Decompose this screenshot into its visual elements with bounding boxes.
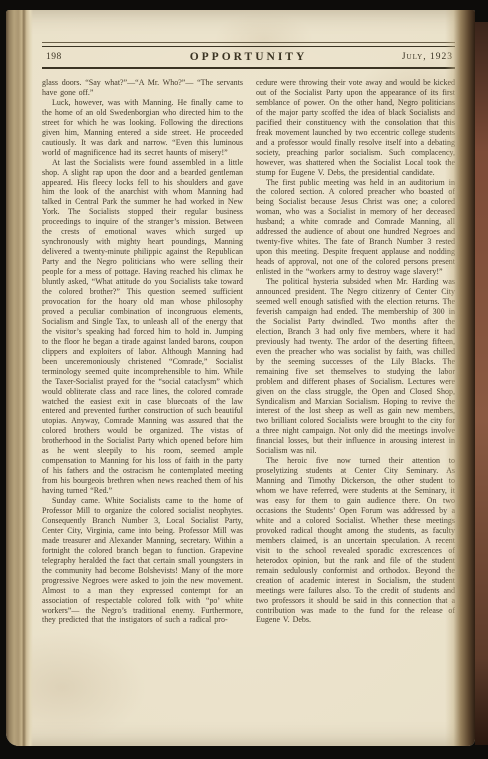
paragraph: Luck, however, was with Manning. He fina…: [42, 98, 243, 158]
article-body: glass doors. “Say what?”—“A Mr. Who?”— “…: [42, 78, 455, 730]
header-thick-rule: [42, 67, 455, 69]
header-row: 198 OPPORTUNITY July, 1923: [42, 50, 455, 65]
header-double-rule: [42, 42, 455, 47]
paragraph: glass doors. “Say what?”—“A Mr. Who?”— “…: [42, 78, 243, 98]
issue-date: July, 1923: [402, 50, 453, 65]
paragraph: The first public meeting was held in an …: [256, 178, 455, 278]
paragraph: Sunday came. White Socialists came to th…: [42, 496, 243, 625]
left-column: glass doors. “Say what?”—“A Mr. Who?”— “…: [42, 78, 243, 730]
facing-page-edge: [475, 22, 488, 745]
paragraph: At last the Socialists were found assemb…: [42, 158, 243, 496]
right-column: cedure were throwing their vote away and…: [256, 78, 455, 730]
journal-title: OPPORTUNITY: [42, 50, 455, 65]
paragraph: The heroic five now turned their attenti…: [256, 456, 455, 625]
running-header: 198 OPPORTUNITY July, 1923: [42, 42, 455, 69]
page-content: 198 OPPORTUNITY July, 1923 glass doors. …: [36, 10, 459, 746]
magazine-page: 198 OPPORTUNITY July, 1923 glass doors. …: [6, 10, 475, 746]
paragraph: cedure were throwing their vote away and…: [256, 78, 455, 178]
scanned-book-spread: 198 OPPORTUNITY July, 1923 glass doors. …: [0, 0, 488, 759]
book-binding-edge: [6, 10, 33, 746]
paragraph: The political hysteria subsided when Mr.…: [256, 277, 455, 456]
